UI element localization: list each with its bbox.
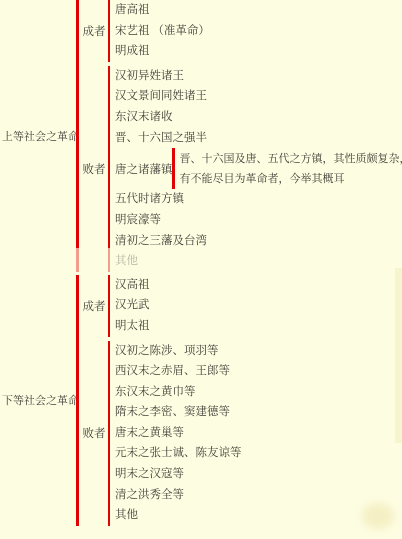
item-list: 唐高祖宋艺祖 （准革命）明成祖: [110, 0, 210, 62]
tree-item: 宋艺祖 （准革命）: [115, 21, 210, 42]
subgroup-label: 成者: [79, 23, 108, 39]
tree-item-label: 唐之诸藩镇: [115, 161, 172, 177]
note-block: 晋、十六国及唐、五代之方镇，其性质颇复杂，有不能尽目为革命者，今举其概耳: [175, 148, 402, 189]
subgroup-list: 成者汉高祖汉光武明太祖败者汉初之陈涉、项羽等西汉末之赤眉、王郎等东汉末之黄巾等隋…: [79, 275, 242, 526]
tree-item: 汉文景间同姓诸王: [115, 86, 402, 107]
item-list: 汉高祖汉光武明太祖: [110, 275, 150, 337]
subgroup-row: 败者汉初之陈涉、项羽等西汉末之赤眉、王郎等东汉末之黄巾等隋末之李密、窦建德等唐末…: [79, 341, 242, 526]
tree-item: 隋末之李密、窦建德等: [115, 402, 242, 423]
tree-item: 唐末之黄巢等: [115, 423, 242, 444]
item-list: 汉初之陈涉、项羽等西汉末之赤眉、王郎等东汉末之黄巾等隋末之李密、窦建德等唐末之黄…: [110, 341, 242, 526]
tree-item: 汉高祖: [115, 275, 150, 296]
subgroup-row: 成者汉高祖汉光武明太祖: [79, 275, 242, 337]
tree-item: 元末之张士诚、陈友谅等: [115, 443, 242, 464]
item-list: 汉初异姓诸王汉文景间同姓诸王东汉末诸收晋、十六国之强半唐之诸藩镇晋、十六国及唐、…: [110, 66, 402, 272]
tree-item: 汉初之陈涉、项羽等: [115, 341, 242, 362]
revolution-tree: 上等社会之革命成者唐高祖宋艺祖 （准革命）明成祖败者汉初异姓诸王汉文景间同姓诸王…: [0, 0, 402, 526]
tree-item: 西汉末之赤眉、王郎等: [115, 361, 242, 382]
tree-item: 清初之三藩及台湾: [115, 231, 402, 252]
tree-item: 汉初异姓诸王: [115, 66, 402, 87]
group-label: 下等社会之革命: [0, 392, 76, 408]
tree-item: 其他: [115, 505, 242, 526]
tree-item: 明成祖: [115, 41, 210, 62]
tree-item: 明宸濠等: [115, 210, 402, 231]
tree-item: 其他: [115, 251, 402, 272]
group-label: 上等社会之革命: [0, 128, 76, 144]
subgroup-row: 败者汉初异姓诸王汉文景间同姓诸王东汉末诸收晋、十六国之强半唐之诸藩镇晋、十六国及…: [79, 66, 402, 272]
group-row: 下等社会之革命成者汉高祖汉光武明太祖败者汉初之陈涉、项羽等西汉末之赤眉、王郎等东…: [0, 275, 402, 526]
tree-item: 东汉末诸收: [115, 107, 402, 128]
tree-item: 东汉末之黄巾等: [115, 382, 242, 403]
tree-item: 明太祖: [115, 316, 150, 337]
note-line: 有不能尽目为革命者，今举其概耳: [180, 169, 402, 189]
subgroup-list: 成者唐高祖宋艺祖 （准革命）明成祖败者汉初异姓诸王汉文景间同姓诸王东汉末诸收晋、…: [79, 0, 402, 272]
subgroup-label: 败者: [79, 161, 108, 177]
group-row: 上等社会之革命成者唐高祖宋艺祖 （准革命）明成祖败者汉初异姓诸王汉文景间同姓诸王…: [0, 0, 402, 272]
tree-item: 五代时诸方镇: [115, 189, 402, 210]
tree-item: 晋、十六国之强半: [115, 128, 402, 149]
tree-item: 明末之汉寇等: [115, 464, 242, 485]
note-line: 晋、十六国及唐、五代之方镇，其性质颇复杂，: [180, 149, 402, 169]
subgroup-row: 成者唐高祖宋艺祖 （准革命）明成祖: [79, 0, 402, 62]
tree-item: 清之洪秀全等: [115, 485, 242, 506]
tree-item-with-note: 唐之诸藩镇晋、十六国及唐、五代之方镇，其性质颇复杂，有不能尽目为革命者，今举其概…: [115, 148, 402, 189]
tree-item: 唐高祖: [115, 0, 210, 21]
subgroup-label: 成者: [79, 298, 108, 314]
tree-item: 汉光武: [115, 295, 150, 316]
subgroup-label: 败者: [79, 425, 108, 441]
